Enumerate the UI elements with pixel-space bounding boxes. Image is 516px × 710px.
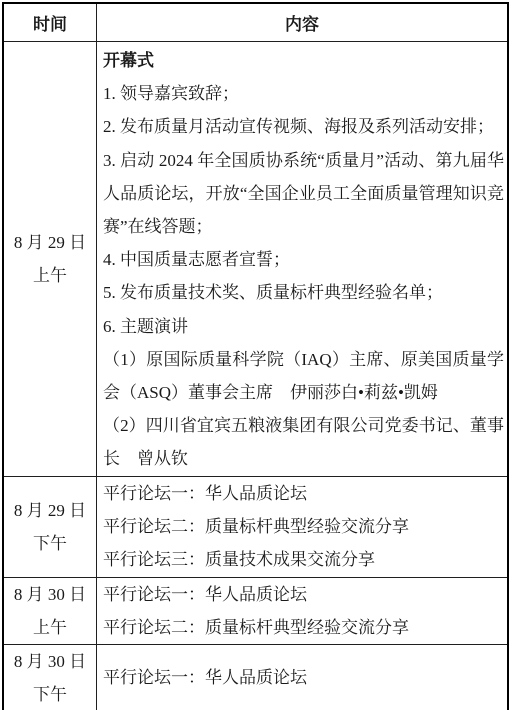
content-item: 2. 发布质量月活动宣传视频、海报及系列活动安排； [103, 110, 504, 143]
content-item: （1）原国际质量科学院（IAQ）主席、原美国质量学会（ASQ）董事会主席 伊丽莎… [103, 343, 504, 409]
content-cell: 平行论坛一：华人品质论坛 [97, 645, 509, 710]
content-item: 平行论坛三：质量技术成果交流分享 [103, 543, 504, 576]
time-line: 8 月 30 日 [4, 578, 96, 611]
content-item: 平行论坛一：华人品质论坛 [103, 477, 504, 510]
time-line: 上午 [4, 259, 96, 292]
time-cell: 8 月 29 日下午 [3, 476, 97, 577]
time-line: 8 月 29 日 [4, 226, 96, 259]
time-cell: 8 月 30 日下午 [3, 645, 97, 710]
content-item: 5. 发布质量技术奖、质量标杆典型经验名单； [103, 276, 504, 309]
table-row: 8 月 29 日下午平行论坛一：华人品质论坛平行论坛二：质量标杆典型经验交流分享… [3, 476, 508, 577]
table-body: 8 月 29 日上午开幕式1. 领导嘉宾致辞；2. 发布质量月活动宣传视频、海报… [3, 42, 508, 710]
content-cell: 平行论坛一：华人品质论坛平行论坛二：质量标杆典型经验交流分享 [97, 577, 509, 644]
content-item: 6. 主题演讲 [103, 310, 504, 343]
time-line: 下午 [4, 527, 96, 560]
time-cell: 8 月 29 日上午 [3, 42, 97, 477]
content-item: 平行论坛二：质量标杆典型经验交流分享 [103, 510, 504, 543]
header-cell-content: 内容 [97, 3, 509, 42]
content-item: 1. 领导嘉宾致辞； [103, 77, 504, 110]
content-item: 平行论坛一：华人品质论坛 [103, 661, 504, 694]
content-item: 平行论坛一：华人品质论坛 [103, 578, 504, 611]
header-row: 时间 内容 [3, 3, 508, 42]
time-cell: 8 月 30 日上午 [3, 577, 97, 644]
table-header: 时间 内容 [3, 3, 508, 42]
content-cell: 开幕式1. 领导嘉宾致辞；2. 发布质量月活动宣传视频、海报及系列活动安排；3.… [97, 42, 509, 477]
table-row: 8 月 29 日上午开幕式1. 领导嘉宾致辞；2. 发布质量月活动宣传视频、海报… [3, 42, 508, 477]
header-cell-time: 时间 [3, 3, 97, 42]
content-cell: 平行论坛一：华人品质论坛平行论坛二：质量标杆典型经验交流分享平行论坛三：质量技术… [97, 476, 509, 577]
time-line: 上午 [4, 611, 96, 644]
content-item: 4. 中国质量志愿者宣誓； [103, 243, 504, 276]
content-item: （2）四川省宜宾五粮液集团有限公司党委书记、董事长 曾从钦 [103, 409, 504, 475]
schedule-table: 时间 内容 8 月 29 日上午开幕式1. 领导嘉宾致辞；2. 发布质量月活动宣… [2, 2, 509, 710]
time-line: 下午 [4, 678, 96, 710]
table-row: 8 月 30 日下午平行论坛一：华人品质论坛 [3, 645, 508, 710]
table-row: 8 月 30 日上午平行论坛一：华人品质论坛平行论坛二：质量标杆典型经验交流分享 [3, 577, 508, 644]
content-item: 平行论坛二：质量标杆典型经验交流分享 [103, 611, 504, 644]
content-item: 3. 启动 2024 年全国质协系统“质量月”活动、第九届华人品质论坛，开放“全… [103, 144, 504, 244]
time-line: 8 月 30 日 [4, 645, 96, 678]
content-title: 开幕式 [103, 44, 504, 77]
time-line: 8 月 29 日 [4, 494, 96, 527]
